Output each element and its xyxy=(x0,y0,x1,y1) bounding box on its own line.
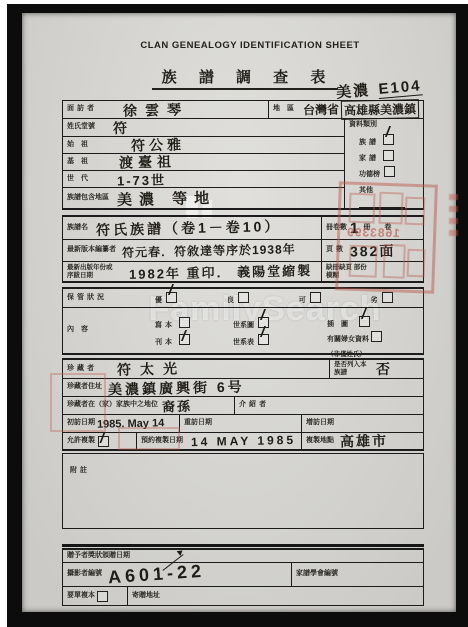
region-value-prefix: 台灣省 xyxy=(303,101,339,119)
category-zupu-checkbox: / xyxy=(383,134,394,145)
base-ancestor-label: 基祖 xyxy=(67,158,95,166)
listed-label: 是否列入本族譜 xyxy=(334,361,370,377)
added-visit-label: 增訪日期 xyxy=(306,419,334,427)
region-label: 地區 xyxy=(273,105,301,113)
editor-value: 符元春．符敘達等序於1938年 xyxy=(122,240,296,261)
stamp-film-number: 1683399 xyxy=(346,225,400,240)
pub-date-label: 最新出版年份或序跋日期 xyxy=(67,264,115,280)
surname-hall-label: 姓氏堂號 xyxy=(67,123,95,131)
condition-good: 良 xyxy=(227,289,249,307)
english-title: CLAN GENEALOGY IDENTIFICATION SHEET xyxy=(140,40,359,51)
coverage-label: 族譜包含地區 xyxy=(67,194,109,202)
content-lineage-chart-label: 世系圖 xyxy=(233,322,254,329)
category-jiapu-checkbox xyxy=(383,150,394,161)
content-women-info: 有關婦女資料 （非僅姓氏） xyxy=(327,329,419,359)
category-gongdebang-label: 功德榜 xyxy=(359,171,380,178)
condition-poor-checkbox xyxy=(382,292,393,303)
section-collector: 珍藏者 符太光 是否列入本族譜 否 珍藏者住址 美濃鎮廣興街 6号 珍藏者在（家… xyxy=(62,358,424,451)
book-title-label: 族譜名 xyxy=(67,224,88,232)
generations-label: 世代 xyxy=(67,175,95,183)
copy-request-label: 要單複本 xyxy=(67,592,95,600)
check-mark: / xyxy=(361,307,365,322)
check-mark: / xyxy=(260,325,264,340)
revisit-label: 重訪日期 xyxy=(184,419,212,427)
copy-place-value: 高雄市 xyxy=(340,430,388,451)
content-lineage-chart: 世系圖 / xyxy=(233,314,327,331)
content-lineage-table: 世系表 / xyxy=(233,331,327,348)
check-mark: / xyxy=(100,431,104,446)
content-manuscript-checkbox xyxy=(179,317,190,328)
condition-excellent-checkbox: / xyxy=(166,292,177,303)
book-title-value: 符氏族譜（卷1－卷10） xyxy=(96,216,282,240)
content-illustrations: 插圖 / xyxy=(327,314,419,329)
region-value-boxed: 高雄縣美濃鎮 xyxy=(341,99,419,120)
section-condition-content: 保管狀況 優 / 良 可 劣 xyxy=(62,287,424,355)
notes-label: 附註 xyxy=(70,467,90,474)
data-category-label: 資料類別 xyxy=(349,121,419,129)
award-date-label: 贈予者獎狀頒贈日期 xyxy=(67,552,130,560)
red-stamp-fragment xyxy=(50,373,106,432)
category-gongdebang-checkbox xyxy=(384,166,395,177)
interviewer-value: 徐雲琴 xyxy=(123,99,189,120)
listed-value: 否 xyxy=(376,359,392,379)
content-lineage-table-checkbox: / xyxy=(258,334,269,345)
content-manuscript: 寫本 xyxy=(155,314,233,331)
chinese-title: 族 譜 調 查 表 xyxy=(152,69,339,90)
interviewer-label: 面訪者 xyxy=(67,105,97,113)
code-place: 美濃 xyxy=(336,82,371,102)
content-women-info-checkbox xyxy=(371,331,382,342)
copy-date-value: 14 MAY 1985 xyxy=(191,433,296,449)
content-women-info-label: 有關婦女資料 xyxy=(327,336,369,343)
photographer-number-value: A601-22 xyxy=(107,561,205,589)
collector-label: 珍藏者 xyxy=(67,365,97,373)
category-zupu: 族譜 / xyxy=(359,132,419,148)
divider-strip xyxy=(62,531,424,547)
position-value: 裔孫 xyxy=(162,396,192,416)
content-lineage-table-label: 世系表 xyxy=(233,339,254,346)
red-seal-stamp: 1683399 xyxy=(335,181,438,293)
content-illustrations-label: 插圖 xyxy=(327,321,355,328)
condition-fair-label: 可 xyxy=(299,297,306,304)
editor-label: 最新版本編纂者 xyxy=(67,246,116,254)
red-stamp-fragment xyxy=(118,427,180,450)
section-admin: 贈予者獎狀頒贈日期 攝影者編號 A601-22 家譜學會編號 要單複本 寄贈地址 xyxy=(62,548,424,606)
content-printed-label: 刊本 xyxy=(155,339,175,346)
condition-poor-label: 劣 xyxy=(371,297,378,304)
permit-copy-label: 允許複製 xyxy=(67,437,95,445)
category-gongdebang: 功德榜 xyxy=(359,164,419,180)
content-printed-checkbox: / xyxy=(179,334,190,345)
mail-address-label: 寄贈地址 xyxy=(132,592,160,600)
check-mark: / xyxy=(181,329,185,344)
condition-excellent: 優 / xyxy=(155,289,177,307)
introducer-label: 介紹者 xyxy=(239,401,269,409)
photographer-number-label: 攝影者編號 xyxy=(67,570,102,578)
scanned-genealogy-sheet: FamilySearch CLAN GENEALOGY IDENTIFICATI… xyxy=(0,0,468,627)
check-mark: / xyxy=(168,283,172,298)
condition-good-checkbox xyxy=(238,292,249,303)
notes-box: 附註 xyxy=(62,453,424,529)
content-label: 內容 xyxy=(67,326,95,334)
check-mark: / xyxy=(385,125,389,140)
category-jiapu-label: 家譜 xyxy=(359,155,379,162)
content-manuscript-label: 寫本 xyxy=(155,322,175,329)
category-zupu-label: 族譜 xyxy=(359,139,379,146)
check-mark: / xyxy=(260,308,264,323)
pub-date-value: 1982年 重印． 義陽堂縮製 xyxy=(129,260,313,283)
content-illustrations-checkbox: / xyxy=(359,316,370,327)
red-edge-marking xyxy=(449,194,458,240)
society-number-label: 家譜學會編號 xyxy=(296,570,338,578)
condition-fair: 可 xyxy=(299,289,321,307)
first-ancestor-label: 始祖 xyxy=(67,141,95,149)
condition-label: 保管狀況 xyxy=(67,294,107,302)
collector-value: 符太光 xyxy=(117,358,186,379)
permit-copy-checkbox: / xyxy=(98,436,109,447)
surname-hall-value: 符 xyxy=(113,117,129,137)
coverage-value: 美濃 等地 xyxy=(117,186,217,209)
condition-excellent-label: 優 xyxy=(155,297,162,304)
category-jiapu: 家譜 xyxy=(359,148,419,164)
content-printed: 刊本 / xyxy=(155,331,233,348)
generations-value: 1-73世 xyxy=(117,169,166,189)
code-number: E104 xyxy=(378,77,422,99)
condition-good-label: 良 xyxy=(227,297,234,304)
condition-fair-checkbox xyxy=(310,292,321,303)
copy-request-checkbox xyxy=(97,591,108,602)
copy-place-label: 複製地點 xyxy=(306,437,334,445)
